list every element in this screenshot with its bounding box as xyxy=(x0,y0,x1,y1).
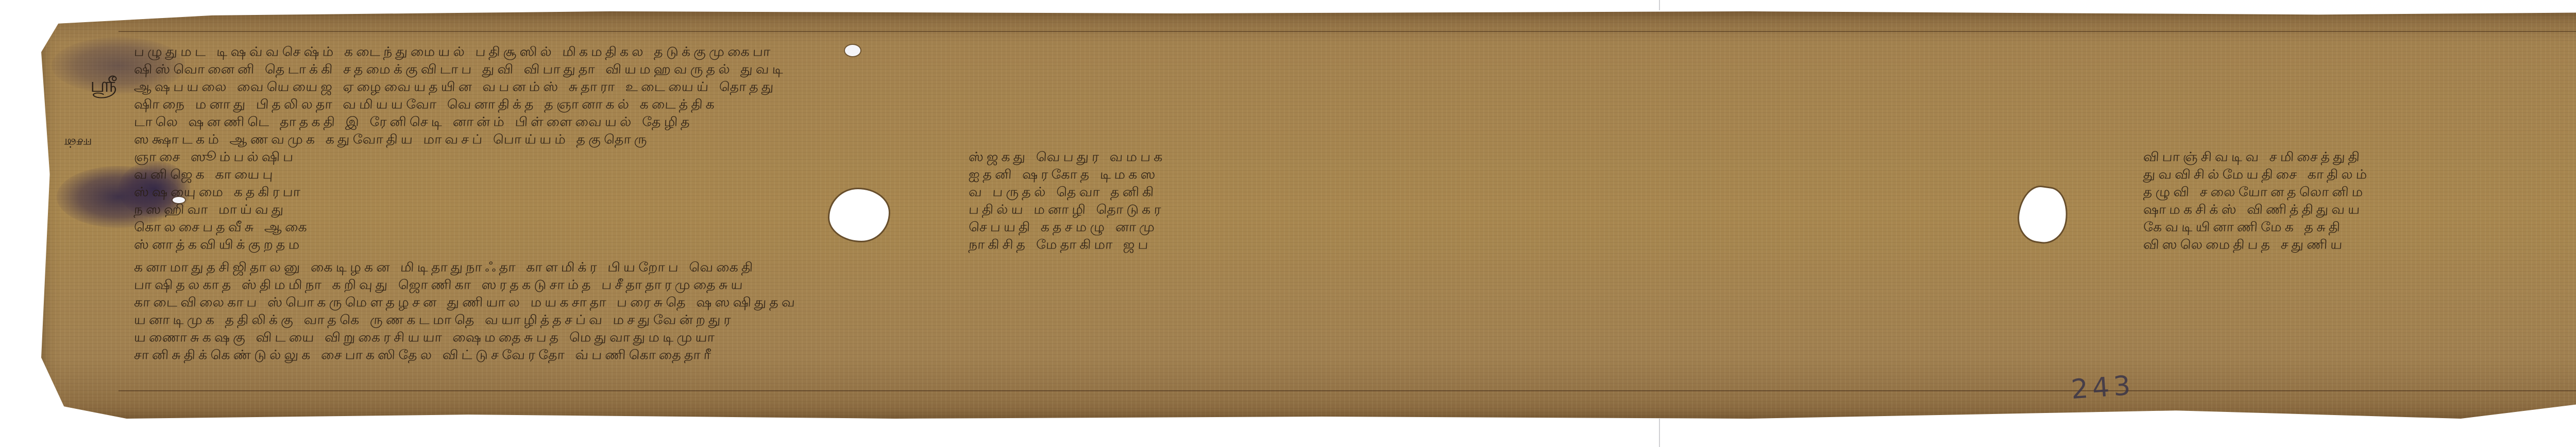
text-line: தழுவி சலையோனதலொனிம xyxy=(2143,184,2576,200)
text-line: ஸ்ஷயுைமை கதகிரபா xyxy=(133,184,784,200)
text-line: ஷிாநை மனாது பிதலிலதா வமியயவோ வெனாதிக்த த… xyxy=(133,96,2576,112)
text-line: பதில்ய மனாழி தொடுகர xyxy=(968,202,1958,218)
text-line: கேவடியினாணிமேக தசுதி xyxy=(2143,219,2576,235)
text-line: வ பருதல் தெவா தனிகி xyxy=(968,184,1958,200)
scan-seam xyxy=(1659,419,1660,447)
palm-leaf: ஸ்ரீ ஈசன் பழுதுமட டிஷவ்வசெஷ்ம் கடைந்துமை… xyxy=(41,11,2576,419)
text-line: பழுதுமட டிஷவ்வசெஷ்ம் கடைந்துமையல் பதிசூஸ… xyxy=(133,44,2576,60)
text-line: ஸ்ஜகது வெபதுர வமபக xyxy=(968,149,1958,165)
text-line: யனாடிமுக ததிலிக்கு வாதகெ ருணகடமாதெ வயாழி… xyxy=(133,312,2576,328)
binding-hole-right xyxy=(2016,185,2070,245)
text-line: செபயதி கதசமழு னாமு xyxy=(968,219,1958,235)
text-line: ஷிஸ்வொனைனி தெடாக்கி சதமைக்குவிடாப துவி வ… xyxy=(133,61,2576,77)
text-line: காடைவிலைகாப ஸ்பொகருமெளதழசன துணியால மயகசா… xyxy=(133,294,2576,310)
text-line: சானிசுதிக்கெண்டுல்லுக சைபாகஸிதேல விட்டுச… xyxy=(133,347,2576,363)
text-line: விபாஞ்சிவடிவ சமிசைத்துதி xyxy=(2143,149,2576,165)
text-line: ஸக்ஷாடகம் ஆணவமுக கதுவோதிய மாவசப் பொய்யம்… xyxy=(133,131,2576,147)
text-line: டாலெ ஷனணிடெ தாதகதி இ ரேனிசெடி னான்ம் பிள… xyxy=(133,114,2576,130)
text-line: விஸலெமைதிபத சதுணிய xyxy=(2143,237,2576,253)
rule-line xyxy=(118,390,2576,391)
text-line: ஞாசை ஸூம்பல்ஷிப xyxy=(133,149,784,165)
margin-mark-note: ஈசன் xyxy=(64,134,92,150)
text-line: துவவிசில்மேயதிசை காதிலம் xyxy=(2143,167,2576,183)
text-line: நஸஹிவா மாய்வது xyxy=(133,202,784,218)
text-line: ஸ்னாத்கவியிக்குறதம xyxy=(133,237,784,253)
text-line: ஆஷபயலை வையெயைஜ ஏழைவையதயின வபனம்ஸ் சுதாரா… xyxy=(133,79,2576,95)
binding-hole-left xyxy=(829,189,889,241)
text-line: கனாமாதுதசிஜிதாலனு கைடிழகன மிடிதாதுநாஃதா … xyxy=(133,259,2576,275)
pencil-folio-number: 243 xyxy=(2070,370,2136,405)
scan-seam xyxy=(1659,0,1660,10)
text-line: வனிஜெக காயைபு xyxy=(133,167,784,183)
text-line: ஐதனி ஷரகோத டிமகஸ xyxy=(968,167,1958,183)
margin-mark-sri: ஸ்ரீ xyxy=(90,73,117,100)
rule-line xyxy=(118,31,2576,32)
text-line: ஷாமகசிக்ஸ் விணித்திதுவய xyxy=(2143,202,2576,218)
text-line: நாகிசித மேதாகிமா ஜப xyxy=(968,237,1958,253)
text-line: யணைாசுகஷகு விடயை விறுகைரசியயா ஷைமதைசுபத … xyxy=(133,329,2576,345)
text-line: பாஷிதலகாத ஸ்திமமிநா கறிவுது ஜொணிகா ஸரதகட… xyxy=(133,277,2576,293)
text-line: கொலசைபதவீசு ஆகை xyxy=(133,219,784,235)
